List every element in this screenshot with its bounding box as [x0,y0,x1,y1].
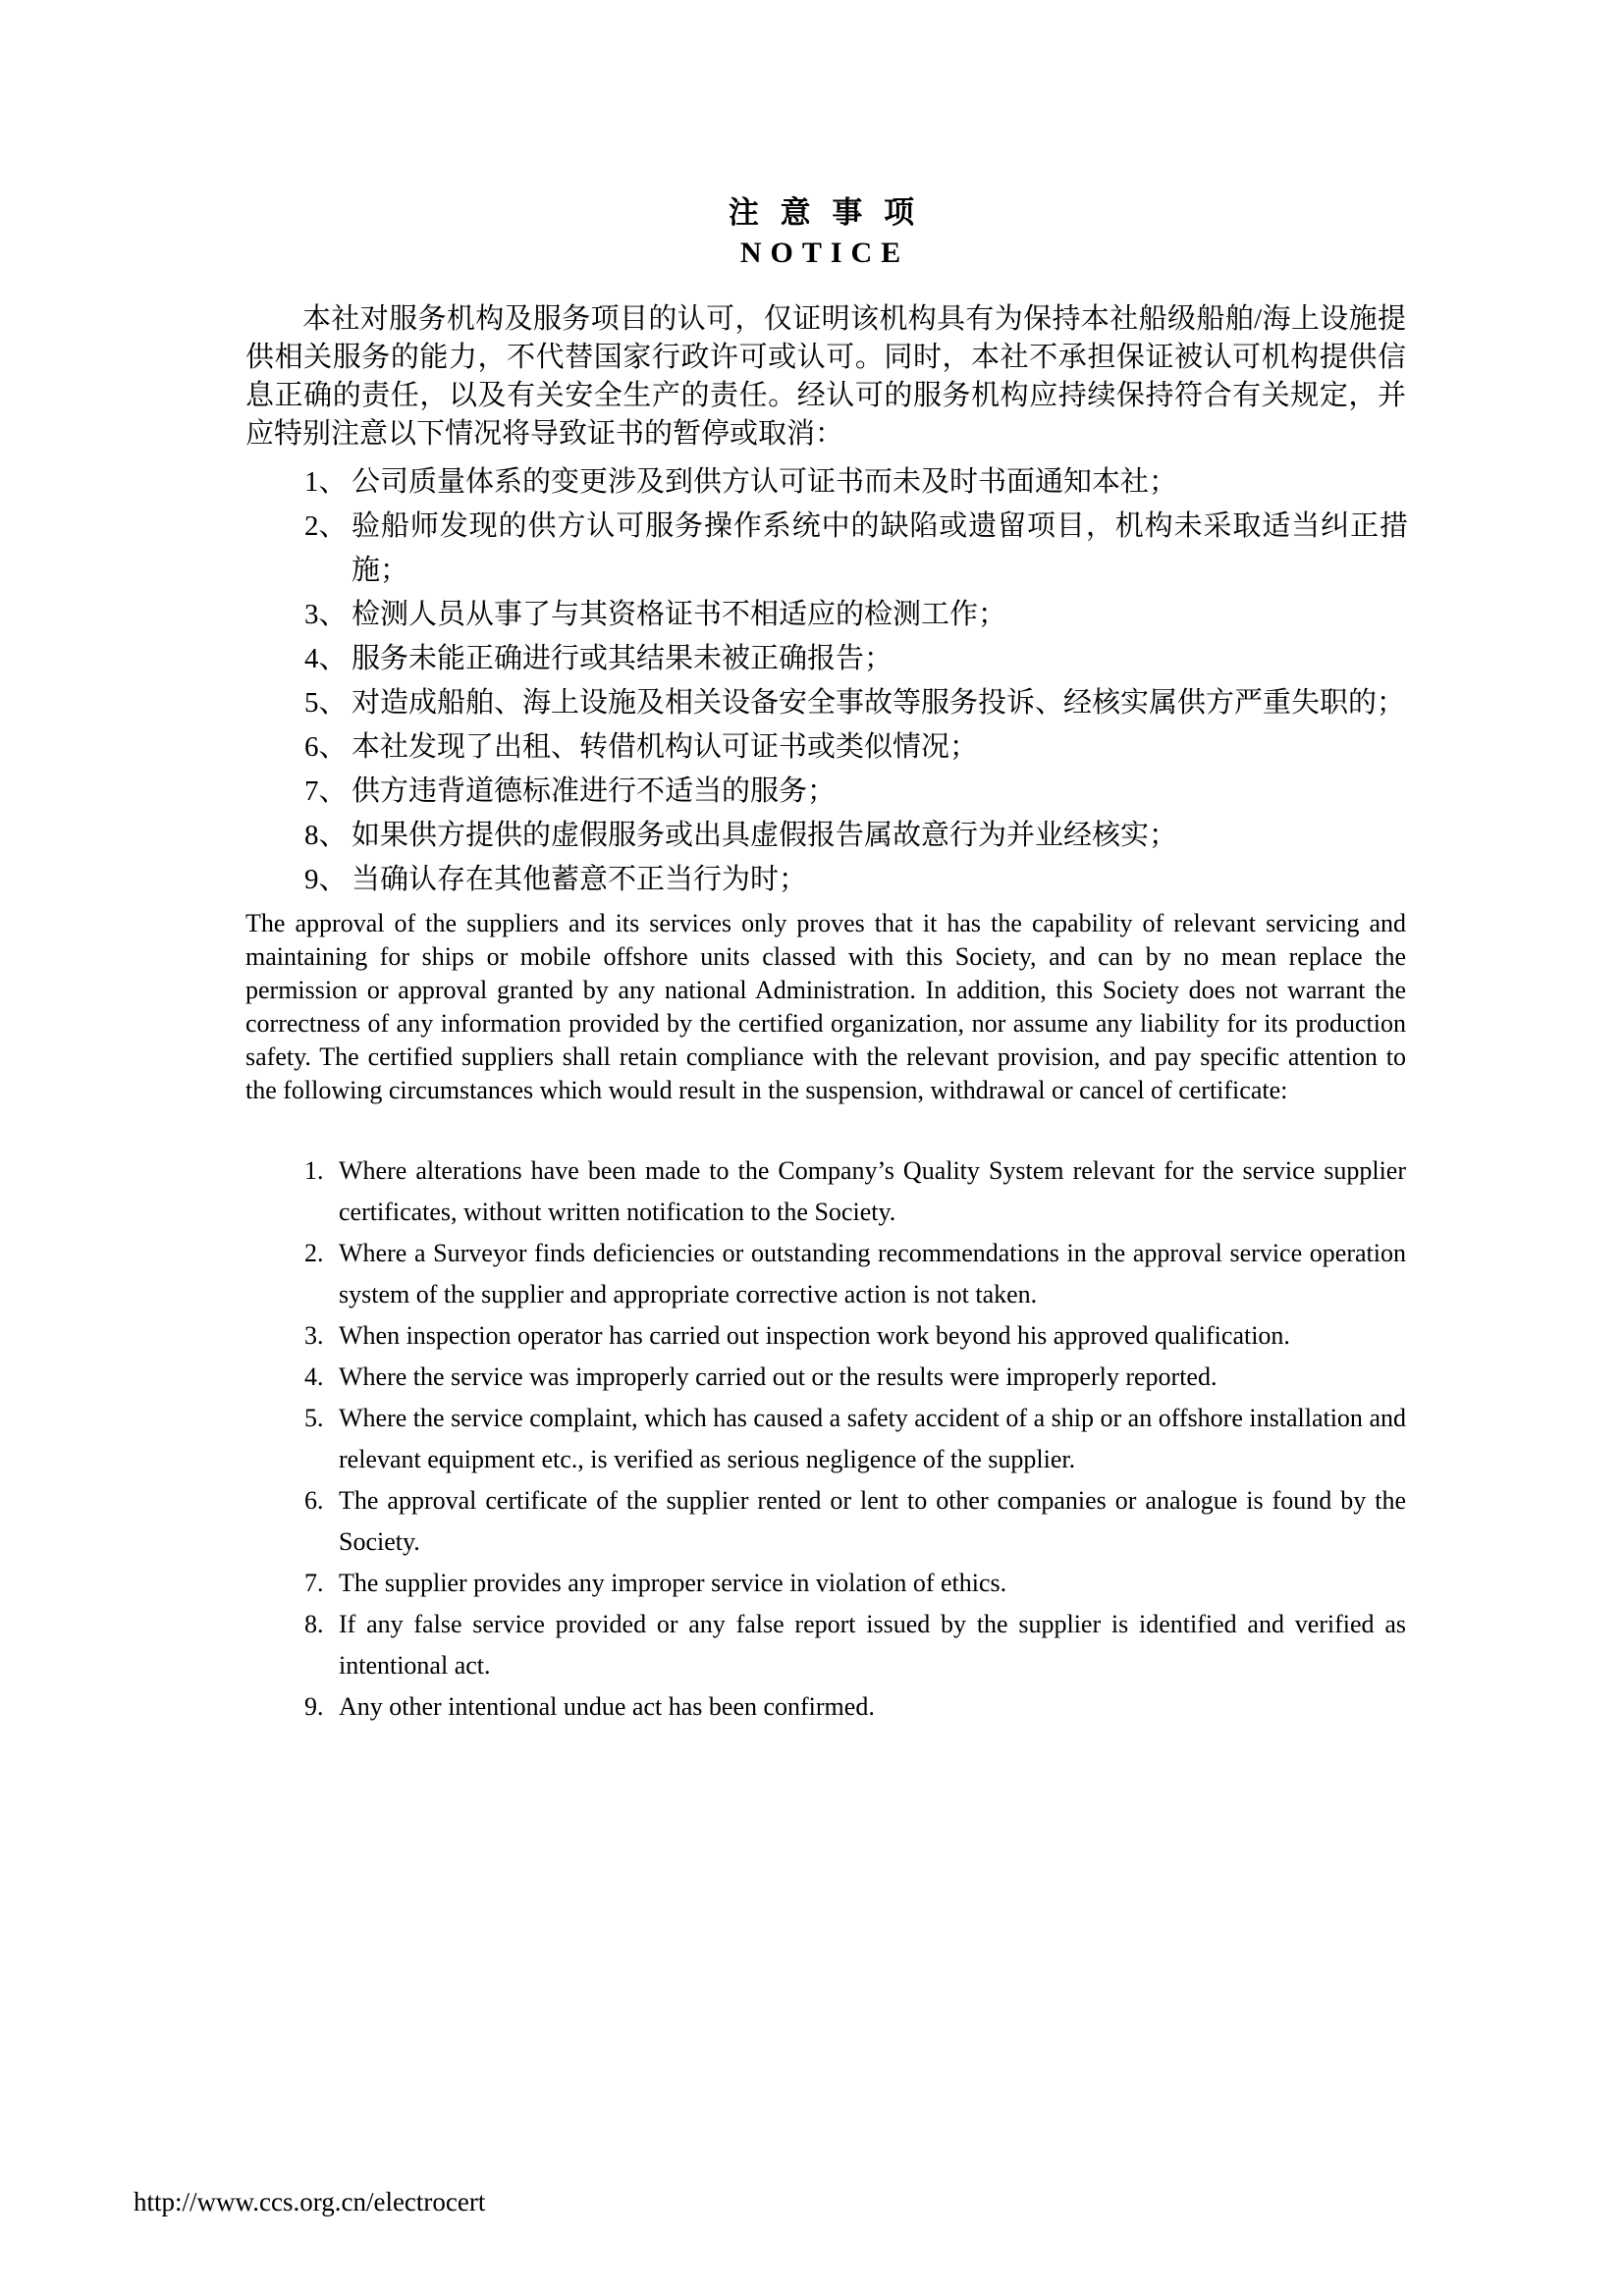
list-item-text: 供方违背道德标准进行不适当的服务； [352,770,1408,814]
list-item: 4.Where the service was improperly carri… [245,1357,1406,1398]
list-item-text: 当确认存在其他蓄意不正当行为时； [352,858,1408,902]
list-item-text: Where the service complaint, which has c… [339,1398,1406,1480]
list-item-number: 2、 [304,505,348,549]
list-item-number: 7、 [304,770,348,814]
list-item-number: 8、 [304,814,348,858]
list-item-text: Any other intentional undue act has been… [339,1686,1406,1728]
list-item-number: 8. [304,1604,324,1645]
list-item-text: 公司质量体系的变更涉及到供方认可证书而未及时书面通知本社； [352,460,1408,505]
list-item-text: 验船师发现的供方认可服务操作系统中的缺陷或遗留项目，机构未采取适当纠正措施； [352,505,1408,593]
list-item: 8、如果供方提供的虚假服务或出具虚假报告属故意行为并业经核实； [245,814,1408,858]
list-item: 3.When inspection operator has carried o… [245,1315,1406,1357]
list-item: 5.Where the service complaint, which has… [245,1398,1406,1480]
list-item-text: Where a Surveyor finds deficiencies or o… [339,1233,1406,1315]
list-item-number: 5. [304,1398,324,1439]
list-item: 6.The approval certificate of the suppli… [245,1480,1406,1563]
list-item-number: 3、 [304,593,348,637]
list-item-number: 5、 [304,681,348,725]
page-title-chinese: 注 意 事 项 [245,194,1404,232]
page-title-english: NOTICE [245,236,1404,271]
notice-paragraph-english: The approval of the suppliers and its se… [245,907,1406,1107]
list-item-number: 2. [304,1233,324,1274]
list-item: 9、当确认存在其他蓄意不正当行为时； [245,858,1408,902]
list-item-text: 如果供方提供的虚假服务或出具虚假报告属故意行为并业经核实； [352,814,1408,858]
list-item-text: 服务未能正确进行或其结果未被正确报告； [352,637,1408,681]
list-item-number: 1. [304,1150,324,1192]
list-item-number: 6、 [304,725,348,770]
list-item-number: 3. [304,1315,324,1357]
list-item-text: When inspection operator has carried out… [339,1315,1406,1357]
list-item-text: The supplier provides any improper servi… [339,1563,1406,1604]
list-item-number: 7. [304,1563,324,1604]
list-item-text: Where alterations have been made to the … [339,1150,1406,1233]
list-item-text: If any false service provided or any fal… [339,1604,1406,1686]
notice-list-chinese: 1、公司质量体系的变更涉及到供方认可证书而未及时书面通知本社；2、验船师发现的供… [245,460,1408,902]
notice-paragraph-chinese: 本社对服务机构及服务项目的认可，仅证明该机构具有为保持本社船级船舶/海上设施提供… [245,300,1406,454]
list-item-number: 9. [304,1686,324,1728]
list-item-number: 6. [304,1480,324,1522]
list-item: 7、供方违背道德标准进行不适当的服务； [245,770,1408,814]
list-item-text: 对造成船舶、海上设施及相关设备安全事故等服务投诉、经核实属供方严重失职的； [352,681,1408,725]
list-item-number: 1、 [304,460,348,505]
list-item-text: The approval certificate of the supplier… [339,1480,1406,1563]
list-item-text: Where the service was improperly carried… [339,1357,1406,1398]
list-item: 9.Any other intentional undue act has be… [245,1686,1406,1728]
list-item: 4、服务未能正确进行或其结果未被正确报告； [245,637,1408,681]
list-item: 2、验船师发现的供方认可服务操作系统中的缺陷或遗留项目，机构未采取适当纠正措施； [245,505,1408,593]
list-item: 6、本社发现了出租、转借机构认可证书或类似情况； [245,725,1408,770]
list-item-number: 4、 [304,637,348,681]
list-item: 2.Where a Surveyor finds deficiencies or… [245,1233,1406,1315]
footer-url: http://www.ccs.org.cn/electrocert [134,2185,485,2218]
list-item: 1.Where alterations have been made to th… [245,1150,1406,1233]
list-item: 3、检测人员从事了与其资格证书不相适应的检测工作； [245,593,1408,637]
list-item: 5、对造成船舶、海上设施及相关设备安全事故等服务投诉、经核实属供方严重失职的； [245,681,1408,725]
list-item-number: 9、 [304,858,348,902]
notice-document-page: 注 意 事 项 NOTICE 本社对服务机构及服务项目的认可，仅证明该机构具有为… [0,0,1624,2296]
notice-list-english: 1.Where alterations have been made to th… [245,1150,1406,1728]
list-item: 8.If any false service provided or any f… [245,1604,1406,1686]
list-item: 1、公司质量体系的变更涉及到供方认可证书而未及时书面通知本社； [245,460,1408,505]
list-item-number: 4. [304,1357,324,1398]
list-item-text: 检测人员从事了与其资格证书不相适应的检测工作； [352,593,1408,637]
list-item: 7.The supplier provides any improper ser… [245,1563,1406,1604]
list-item-text: 本社发现了出租、转借机构认可证书或类似情况； [352,725,1408,770]
